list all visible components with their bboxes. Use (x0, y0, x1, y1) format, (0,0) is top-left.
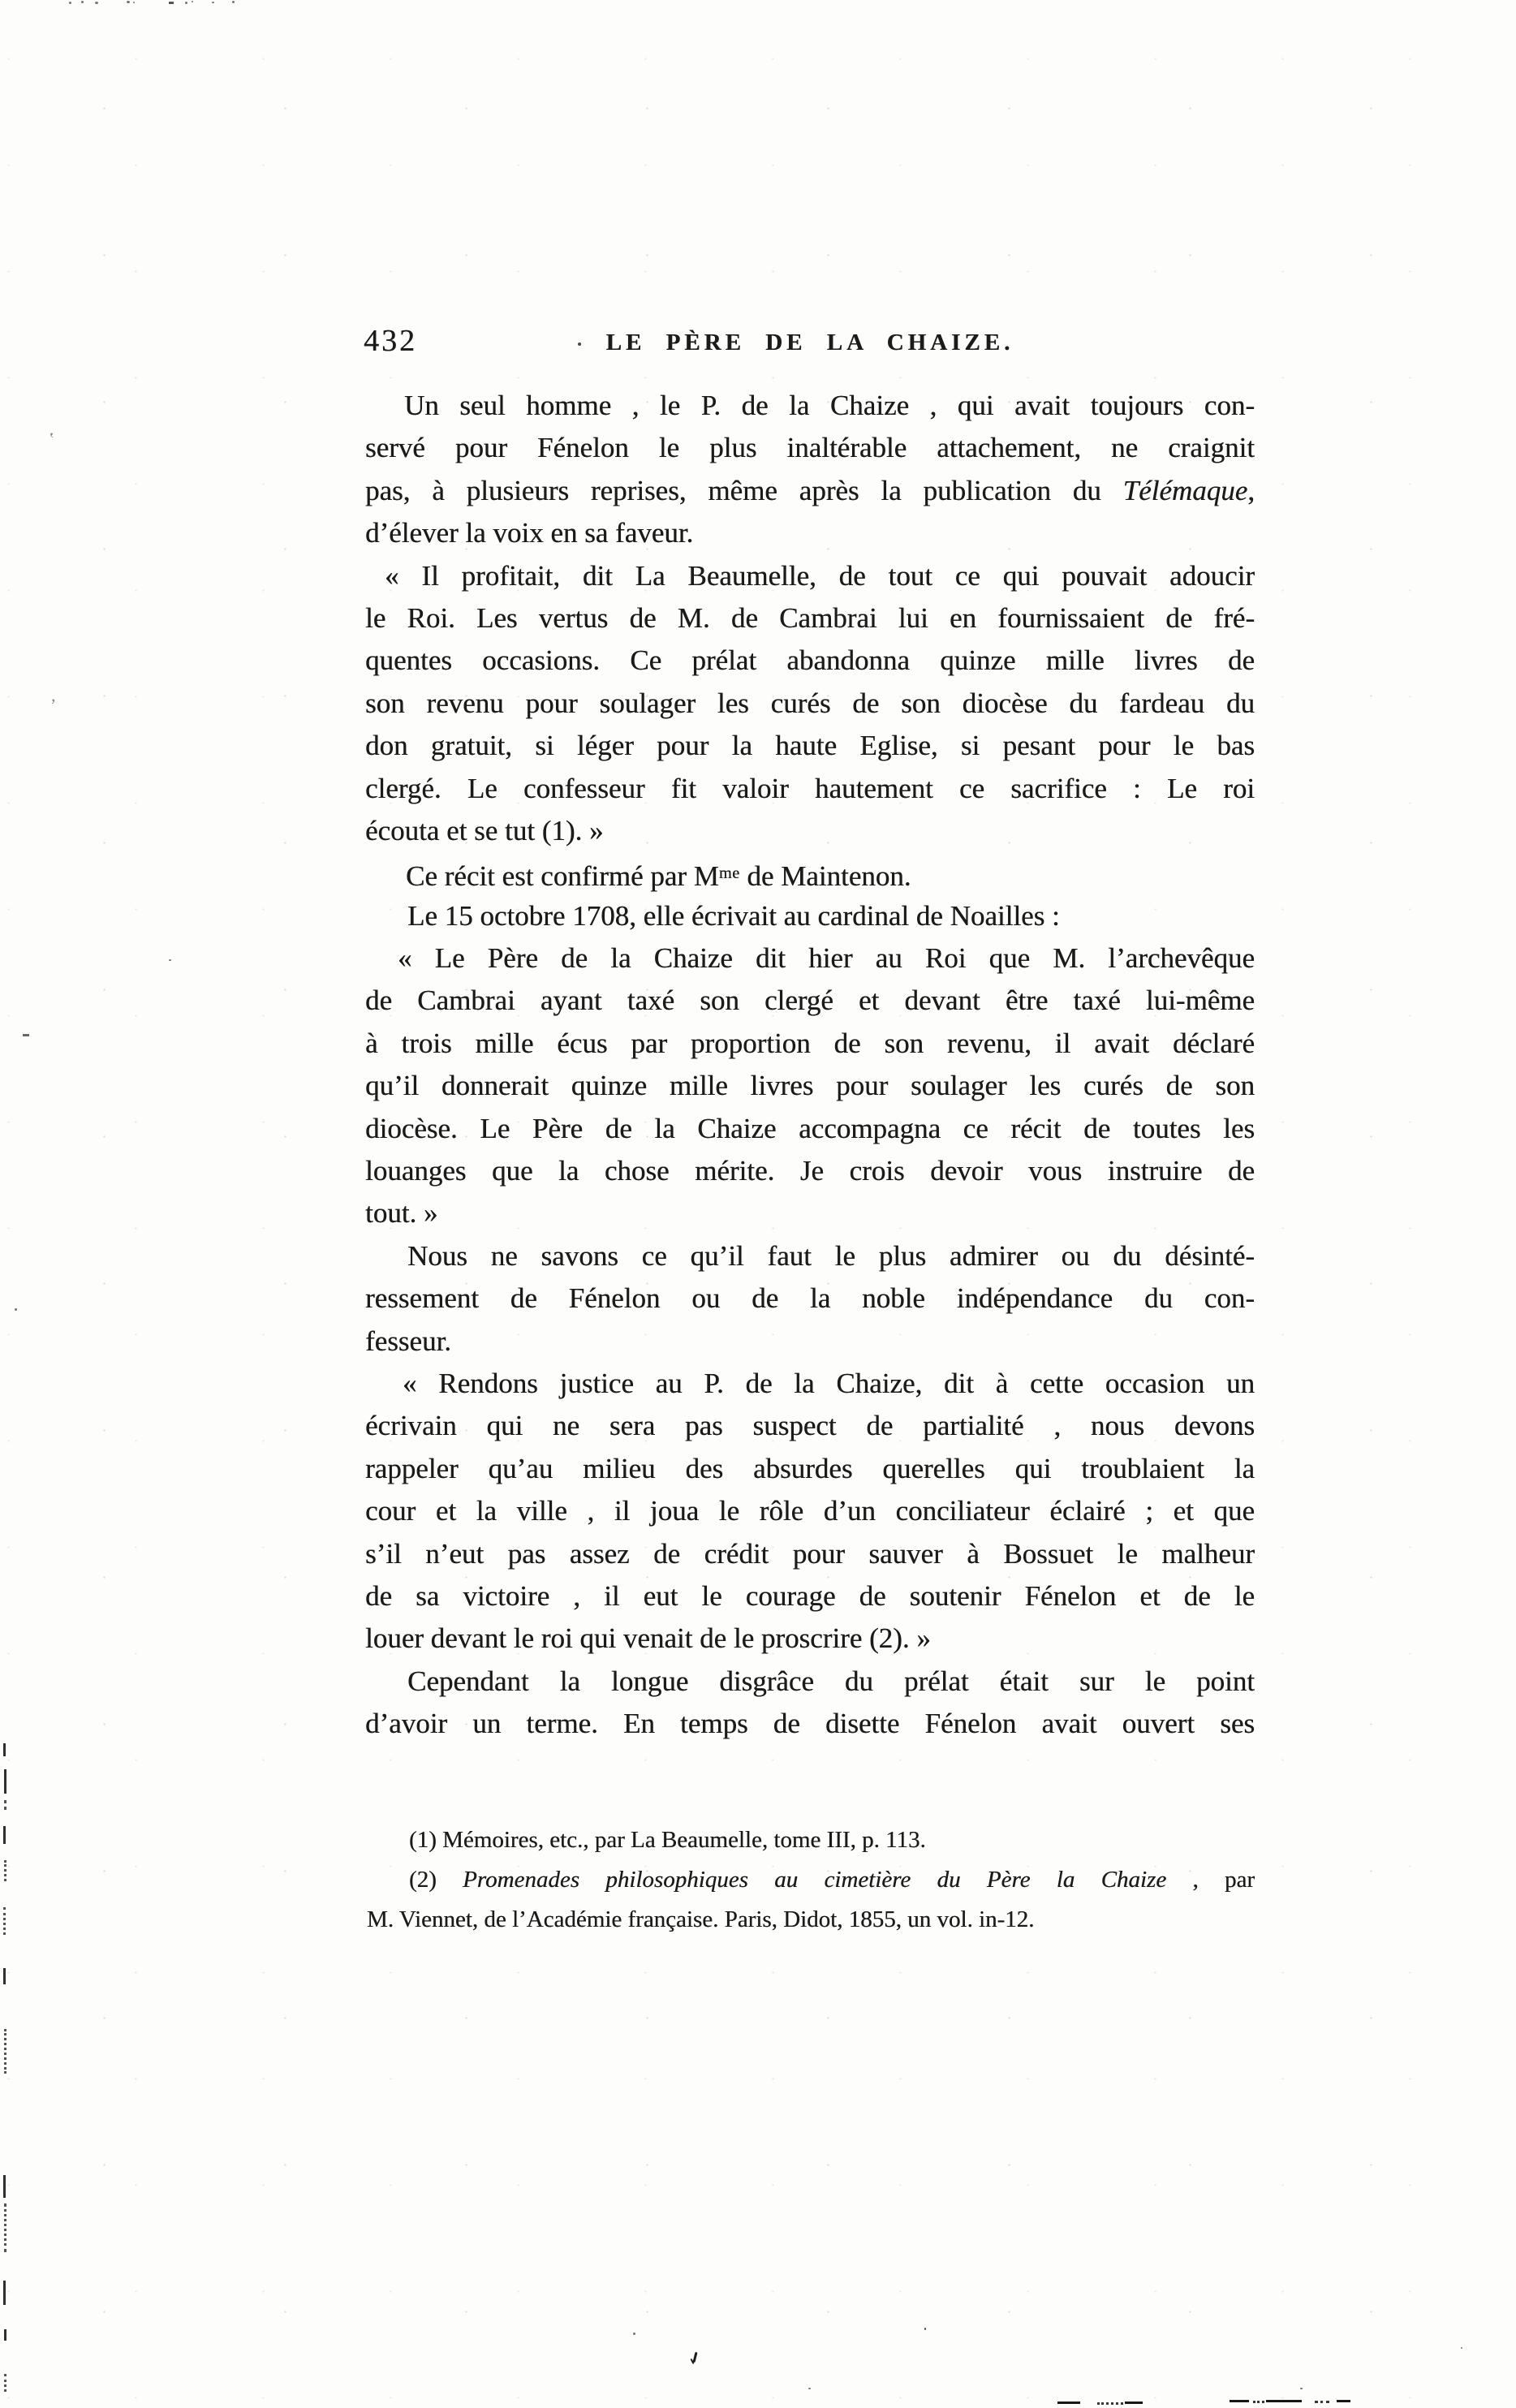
body-line: d’élever la voix en sa faveur. (365, 512, 1255, 554)
scan-speck (127, 1, 130, 3)
scan-speck (633, 2333, 635, 2335)
body-line: Le 15 octobre 1708, elle écrivait au car… (365, 895, 1255, 937)
scan-speck (185, 2, 187, 4)
body-line: quentes occasions. Ce prélat abandonna q… (365, 640, 1255, 682)
body-line: écrivain qui ne sera pas suspect de part… (365, 1405, 1255, 1447)
scan-speck (192, 1, 193, 2)
body-line: louanges que la chose mérite. Je crois d… (365, 1150, 1255, 1192)
scan-speck (15, 1308, 17, 1311)
book-page: 432 LE PÈRE DE LA CHAIZE. Un seul homme … (0, 0, 1516, 2408)
body-line: servé pour Fénelon le plus inaltérable a… (365, 427, 1255, 469)
scan-mark (4, 2329, 6, 2341)
scan-mark (1337, 2400, 1350, 2402)
scan-mark (1266, 2400, 1302, 2402)
body-line: tout. » (365, 1192, 1255, 1234)
body-line: Ce récit est confirmé par Mme de Mainten… (365, 852, 1255, 894)
scan-speck (1300, 2388, 1303, 2389)
scan-mark (3, 1743, 6, 1756)
scan-mark (3, 1968, 6, 1984)
scan-mark (4, 2203, 6, 2252)
scan-mark (1097, 2402, 1123, 2405)
scan-mark (3, 1907, 6, 1935)
body-text: Un seul homme , le P. de la Chaize , qui… (365, 385, 1255, 1746)
body-line: pas, à plusieurs reprises, même après la… (365, 470, 1255, 512)
scan-mark (1315, 2401, 1329, 2403)
body-line: son revenu pour soulager les curés de so… (365, 683, 1255, 725)
scan-mark (1125, 2402, 1143, 2404)
body-line: louer devant le roi qui venait de le pro… (365, 1618, 1255, 1660)
body-line: Nous ne savons ce qu’il faut le plus adm… (365, 1235, 1255, 1277)
page-header: 432 LE PÈRE DE LA CHAIZE. (365, 323, 1255, 368)
scan-speck (1461, 2347, 1462, 2349)
scan-mark (3, 2281, 6, 2305)
body-line: « Il profitait, dit La Beaumelle, de tou… (365, 555, 1255, 597)
scan-mark (692, 2352, 697, 2363)
scan-mark (4, 1860, 6, 1881)
scan-mark (690, 2358, 694, 2364)
footnote-line: M. Viennet, de l’Académie française. Par… (367, 1900, 1255, 1940)
scan-mark (3, 2175, 6, 2198)
footnote-line: (2) Promenades philosophiques au cimetiè… (367, 1860, 1255, 1900)
body-line: rappeler qu’au milieu des absurdes quere… (365, 1448, 1255, 1490)
body-line: de Cambrai ayant taxé son clergé et deva… (365, 980, 1255, 1022)
running-title: LE PÈRE DE LA CHAIZE. (365, 330, 1255, 356)
scan-mark (23, 1034, 29, 1036)
body-line: de sa victoire , il eut le courage de so… (365, 1575, 1255, 1618)
body-line: « Le Père de la Chaize dit hier au Roi q… (365, 937, 1255, 980)
body-line: « Rendons justice au P. de la Chaize, di… (365, 1363, 1255, 1405)
scan-speck (95, 2, 98, 4)
scan-mark (4, 1800, 6, 1810)
scan-mark: ‚ (50, 691, 56, 700)
scan-speck (808, 2388, 811, 2389)
body-line: diocèse. Le Père de la Chaize accompagna… (365, 1108, 1255, 1150)
scan-mark (4, 2374, 6, 2392)
body-line: ressement de Fénelon ou de la noble indé… (365, 1277, 1255, 1320)
body-line: d’avoir un terme. En temps de disette Fé… (365, 1703, 1255, 1745)
body-line: à trois mille écus par proportion de son… (365, 1023, 1255, 1065)
footnotes: (1) Mémoires, etc., par La Beaumelle, to… (367, 1820, 1255, 1940)
scan-mark: ‛ (49, 435, 54, 443)
scan-speck (69, 2, 71, 4)
body-line: clergé. Le confesseur fit valoir hauteme… (365, 768, 1255, 810)
body-line: s’il n’eut pas assez de crédit pour sauv… (365, 1533, 1255, 1575)
scan-speck (924, 2328, 926, 2330)
body-line: Un seul homme , le P. de la Chaize , qui… (365, 385, 1255, 427)
scan-speck (81, 1, 84, 3)
scan-speck (133, 2, 135, 3)
body-line: Cependant la longue disgrâce du prélat é… (365, 1661, 1255, 1703)
scan-mark (4, 1769, 6, 1794)
scan-speck (169, 959, 171, 961)
body-line: qu’il donnerait quinze mille livres pour… (365, 1065, 1255, 1107)
scan-mark (1057, 2402, 1080, 2404)
scan-mark (1253, 2401, 1264, 2403)
body-line: écouta et se tut (1). » (365, 810, 1255, 852)
scan-mark (1230, 2400, 1249, 2402)
body-line: cour et la ville , il joua le rôle d’un … (365, 1490, 1255, 1532)
scan-speck (232, 1, 235, 3)
body-line: le Roi. Les vertus de M. de Cambrai lui … (365, 597, 1255, 640)
scan-speck (169, 2, 174, 4)
scan-mark (4, 2029, 6, 2074)
body-line: fesseur. (365, 1320, 1255, 1363)
scan-mark (3, 1826, 6, 1844)
scan-speck (212, 2, 214, 3)
footnote-line: (1) Mémoires, etc., par La Beaumelle, to… (367, 1820, 1255, 1860)
body-line: don gratuit, si léger pour la haute Egli… (365, 725, 1255, 767)
